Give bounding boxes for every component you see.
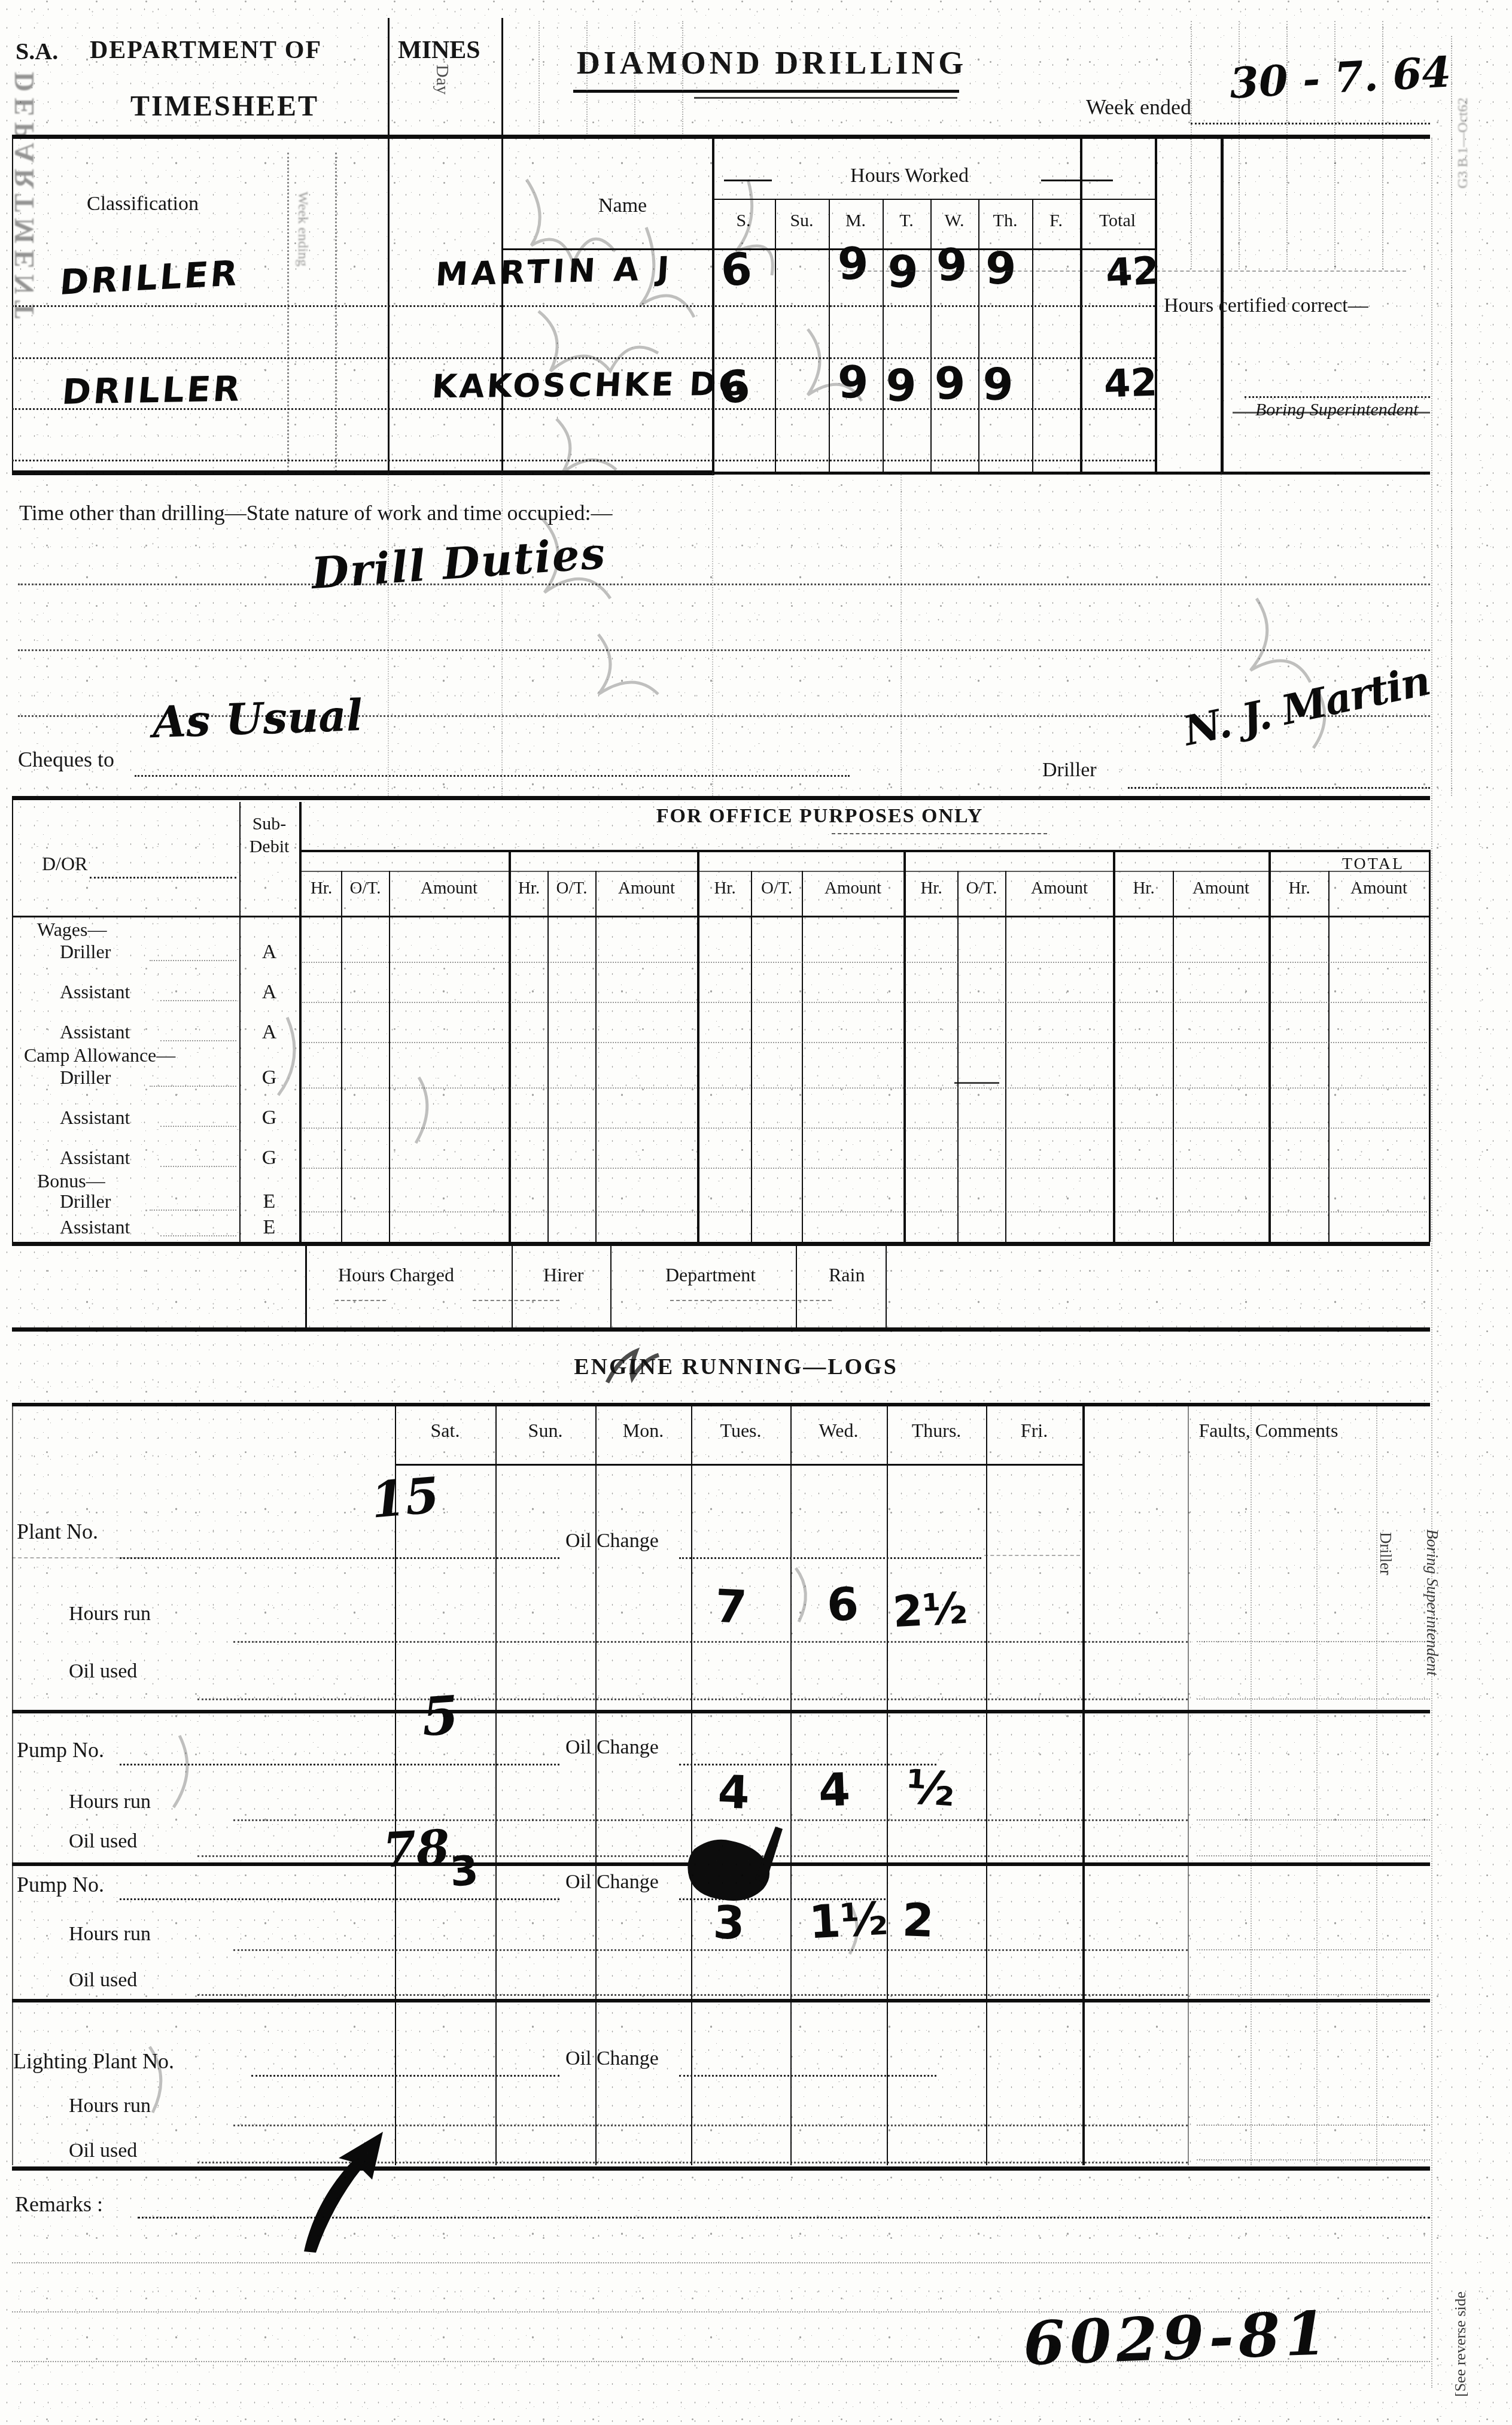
remarks-arrow-mark xyxy=(304,2132,383,2253)
scanned-timesheet-document: S.A. DEPARTMENT DEPARTMENT OF MINES TIME… xyxy=(0,0,1512,2425)
oil-change-ink-blot xyxy=(687,1840,769,1901)
bleed-through-marks xyxy=(0,0,1512,2425)
ghost-squiggles xyxy=(150,180,1325,2113)
check-squiggle-mark xyxy=(607,1351,659,1382)
